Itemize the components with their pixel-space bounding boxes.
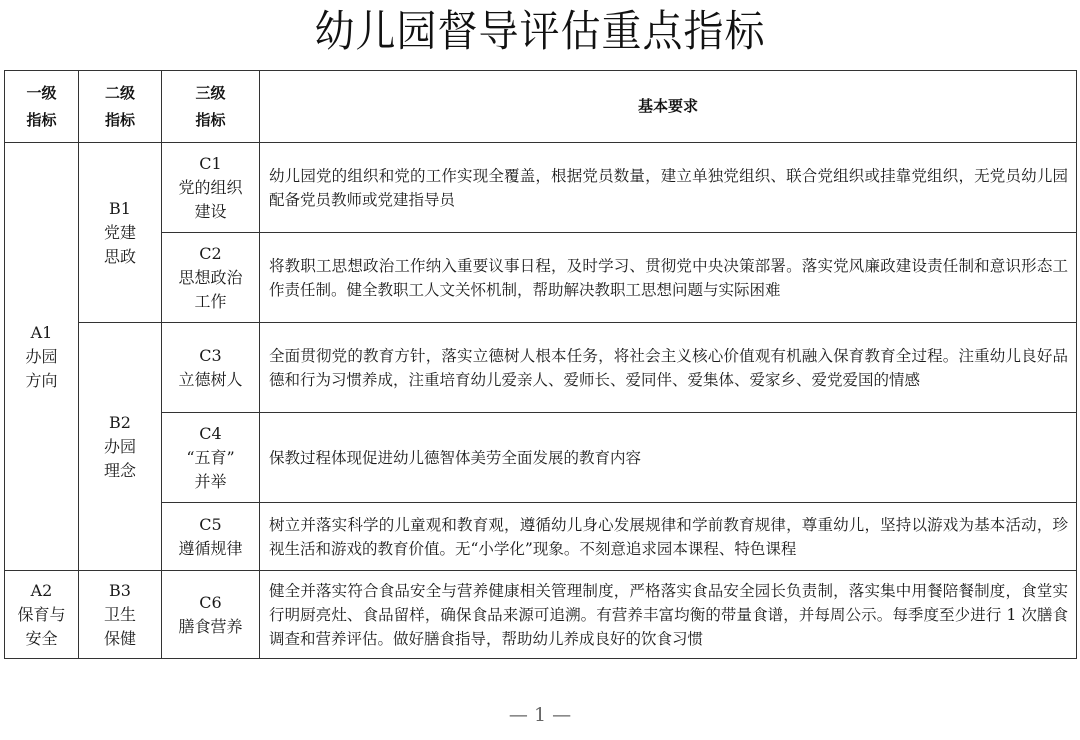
level2-code: B3 [79, 579, 161, 603]
requirement-cell-c5: 树立并落实科学的儿童观和教育观，遵循幼儿身心发展规律和学前教育规律，尊重幼儿，坚… [260, 503, 1077, 571]
level3-code: C2 [162, 242, 259, 266]
level3-cell-c3: C3 立德树人 [162, 323, 260, 413]
header-row: 一级 指标 二级 指标 三级 指标 基本要求 [5, 71, 1077, 143]
level1-cell-a1: A1 办园 方向 [5, 143, 79, 571]
level3-name-line: 并举 [162, 470, 259, 494]
table-row-c1: A1 办园 方向 B1 党建 思政 C1 党的组织 建设 幼儿园党的组织和党的工… [5, 143, 1077, 233]
level1-name-line: 方向 [5, 369, 78, 393]
header-level3: 三级 指标 [162, 71, 260, 143]
header-level1-line2: 指标 [5, 107, 78, 134]
level1-name-line: 保育与 [5, 603, 78, 627]
level3-code: C6 [162, 591, 259, 615]
table-row-c4: C4 “五育” 并举 保教过程体现促进幼儿德智体美劳全面发展的教育内容 [5, 413, 1077, 503]
level2-code: B1 [79, 197, 161, 221]
document-title: 幼儿园督导评估重点指标 [0, 4, 1080, 60]
level3-name-line: 思想政治 [162, 266, 259, 290]
table-row-c2: C2 思想政治 工作 将教职工思想政治工作纳入重要议事日程，及时学习、贯彻党中央… [5, 233, 1077, 323]
header-level1-line1: 一级 [5, 80, 78, 107]
level2-name-line: 卫生 [79, 603, 161, 627]
level2-name-line: 党建 [79, 221, 161, 245]
level1-name-line: 安全 [5, 627, 78, 651]
level3-code: C4 [162, 422, 259, 446]
level1-cell-a2: A2 保育与 安全 [5, 571, 79, 659]
level3-name-line: 膳食营养 [162, 615, 259, 639]
level2-code: B2 [79, 411, 161, 435]
level3-name-line: 建设 [162, 200, 259, 224]
level3-cell-c1: C1 党的组织 建设 [162, 143, 260, 233]
level3-code: C1 [162, 152, 259, 176]
level3-name-line: “五育” [162, 446, 259, 470]
level3-code: C3 [162, 344, 259, 368]
level1-name-line: 办园 [5, 345, 78, 369]
header-level2: 二级 指标 [79, 71, 162, 143]
header-level2-line2: 指标 [79, 107, 161, 134]
level3-cell-c2: C2 思想政治 工作 [162, 233, 260, 323]
level2-name-line: 思政 [79, 245, 161, 269]
level3-cell-c4: C4 “五育” 并举 [162, 413, 260, 503]
header-level2-line1: 二级 [79, 80, 161, 107]
level2-name-line: 办园 [79, 435, 161, 459]
page-number: — 1 — [0, 704, 1080, 726]
header-level3-line1: 三级 [162, 80, 259, 107]
table-row-c3: B2 办园 理念 C3 立德树人 全面贯彻党的教育方针，落实立德树人根本任务，将… [5, 323, 1077, 413]
requirement-cell-c6: 健全并落实符合食品安全与营养健康相关管理制度，严格落实食品安全园长负责制，落实集… [260, 571, 1077, 659]
level2-cell-b2: B2 办园 理念 [79, 323, 162, 571]
header-requirement: 基本要求 [260, 71, 1077, 143]
level2-cell-b1: B1 党建 思政 [79, 143, 162, 323]
level2-name-line: 保健 [79, 627, 161, 651]
level3-name-line: 党的组织 [162, 176, 259, 200]
level2-cell-b3: B3 卫生 保健 [79, 571, 162, 659]
level3-name-line: 立德树人 [162, 368, 259, 392]
header-level3-line2: 指标 [162, 107, 259, 134]
level3-code: C5 [162, 513, 259, 537]
level3-cell-c6: C6 膳食营养 [162, 571, 260, 659]
table-row-c5: C5 遵循规律 树立并落实科学的儿童观和教育观，遵循幼儿身心发展规律和学前教育规… [5, 503, 1077, 571]
requirement-cell-c4: 保教过程体现促进幼儿德智体美劳全面发展的教育内容 [260, 413, 1077, 503]
requirement-cell-c3: 全面贯彻党的教育方针，落实立德树人根本任务，将社会主义核心价值观有机融入保育教育… [260, 323, 1077, 413]
requirement-cell-c2: 将教职工思想政治工作纳入重要议事日程，及时学习、贯彻党中央决策部署。落实党风廉政… [260, 233, 1077, 323]
requirement-cell-c1: 幼儿园党的组织和党的工作实现全覆盖，根据党员数量，建立单独党组织、联合党组织或挂… [260, 143, 1077, 233]
level1-code: A2 [5, 579, 78, 603]
level2-name-line: 理念 [79, 459, 161, 483]
indicators-table: 一级 指标 二级 指标 三级 指标 基本要求 A1 办园 方向 B1 党建 [4, 70, 1077, 659]
level3-name-line: 工作 [162, 290, 259, 314]
table-row-c6: A2 保育与 安全 B3 卫生 保健 C6 膳食营养 健全并落实符合食品安全与营… [5, 571, 1077, 659]
level3-cell-c5: C5 遵循规律 [162, 503, 260, 571]
level1-code: A1 [5, 321, 78, 345]
header-level1: 一级 指标 [5, 71, 79, 143]
level3-name-line: 遵循规律 [162, 537, 259, 561]
